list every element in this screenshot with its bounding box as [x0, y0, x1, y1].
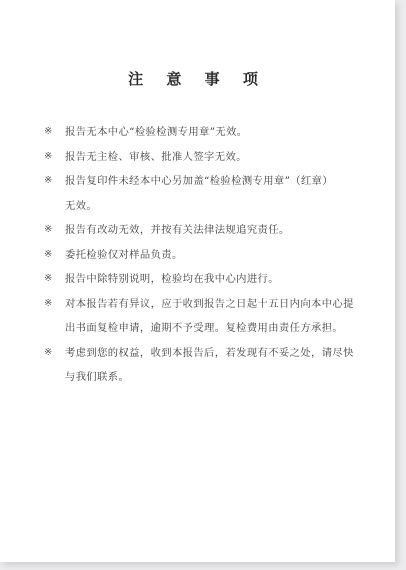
note-text-continued: 出书面复检申请，逾期不予受理。复检费用由责任方承担。: [65, 316, 364, 341]
page-title: 注 意 事 项: [0, 68, 395, 89]
note-item: ※ 对本报告若有异议，应于收到报告之日起十五日内向本中心提 出书面复检申请，逾期…: [44, 292, 364, 341]
note-item: ※ 报告中除特别说明，检验均在我中心内进行。: [44, 267, 364, 292]
reference-mark-icon: ※: [44, 267, 53, 292]
note-text: 报告中除特别说明，检验均在我中心内进行。: [65, 267, 364, 292]
note-text: 报告无本中心“检验检测专用章”无效。: [65, 120, 364, 145]
reference-mark-icon: ※: [44, 169, 53, 194]
note-text: 报告有改动无效，并按有关法律法规追究责任。: [65, 218, 364, 243]
reference-mark-icon: ※: [44, 292, 53, 317]
note-item: ※ 委托检验仅对样品负责。: [44, 243, 364, 268]
notes-list: ※ 报告无本中心“检验检测专用章”无效。 ※ 报告无主检、审核、批准人签字无效。…: [44, 120, 364, 390]
reference-mark-icon: ※: [44, 218, 53, 243]
note-text-continued: 无效。: [65, 194, 364, 219]
note-text: 报告无主检、审核、批准人签字无效。: [65, 145, 364, 170]
note-item: ※ 考虑到您的权益，收到本报告后，若发现有不妥之处，请尽快 与我们联系。: [44, 341, 364, 390]
document-page: 注 意 事 项 ※ 报告无本中心“检验检测专用章”无效。 ※ 报告无主检、审核、…: [0, 0, 395, 562]
reference-mark-icon: ※: [44, 120, 53, 145]
reference-mark-icon: ※: [44, 145, 53, 170]
note-text: 考虑到您的权益，收到本报告后，若发现有不妥之处，请尽快: [65, 341, 364, 366]
note-text: 委托检验仅对样品负责。: [65, 243, 364, 268]
note-item: ※ 报告有改动无效，并按有关法律法规追究责任。: [44, 218, 364, 243]
note-item: ※ 报告无主检、审核、批准人签字无效。: [44, 145, 364, 170]
note-text: 对本报告若有异议，应于收到报告之日起十五日内向本中心提: [65, 292, 364, 317]
note-item: ※ 报告复印件未经本中心另加盖“检验检测专用章”（红章） 无效。: [44, 169, 364, 218]
reference-mark-icon: ※: [44, 341, 53, 366]
reference-mark-icon: ※: [44, 243, 53, 268]
note-text: 报告复印件未经本中心另加盖“检验检测专用章”（红章）: [65, 169, 364, 194]
note-text-continued: 与我们联系。: [65, 365, 364, 390]
note-item: ※ 报告无本中心“检验检测专用章”无效。: [44, 120, 364, 145]
